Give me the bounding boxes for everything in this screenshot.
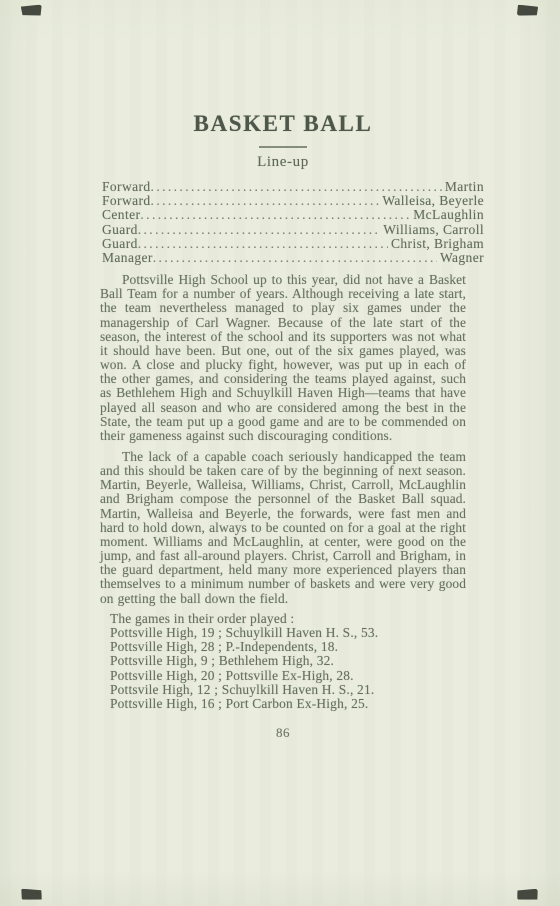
games-results-block: The games in their order played : Pottsv… <box>110 612 466 711</box>
lineup-heading: Line-up <box>100 154 466 171</box>
title-rule <box>259 146 307 148</box>
page-number: 86 <box>100 725 466 741</box>
dot-leader: ........................................… <box>151 180 442 194</box>
player-names: McLaughlin <box>413 208 484 222</box>
game-result: Pottsvile High, 12 ; Schuylkill Haven H.… <box>110 683 466 697</box>
dot-leader: ........................................… <box>153 251 437 265</box>
dot-leader: ........................................… <box>138 237 388 251</box>
lineup-list: Forward ................................… <box>102 180 484 265</box>
page-title: BASKET BALL <box>100 111 466 137</box>
position-label: Guard <box>102 237 138 251</box>
dot-leader: ........................................… <box>151 194 380 208</box>
photo-corner-mark-top-right <box>517 5 538 17</box>
game-result: Pottsville High, 19 ; Schuylkill Haven H… <box>110 626 466 640</box>
position-label: Forward <box>102 194 151 208</box>
games-intro: The games in their order played : <box>110 612 466 626</box>
lineup-row: Manager ................................… <box>102 251 484 265</box>
game-result: Pottsville High, 16 ; Port Carbon Ex-Hig… <box>110 697 466 711</box>
position-label: Manager <box>102 251 153 265</box>
scanned-yearbook-page: BASKET BALL Line-up Forward ............… <box>0 0 560 906</box>
body-paragraph-1: Pottsville High School up to this year, … <box>100 273 466 443</box>
player-names: Williams, Carroll <box>383 223 484 237</box>
position-label: Forward <box>102 180 151 194</box>
player-names: Martin <box>445 180 484 194</box>
dot-leader: ........................................… <box>140 208 410 222</box>
photo-corner-mark-bottom-left <box>21 889 42 901</box>
lineup-row: Center .................................… <box>102 208 484 222</box>
game-result: Pottsville High, 9 ; Bethlehem High, 32. <box>110 654 466 668</box>
player-names: Walleisa, Beyerle <box>382 194 484 208</box>
player-names: Wagner <box>440 251 484 265</box>
lineup-row: Guard ..................................… <box>102 223 484 237</box>
position-label: Center <box>102 208 140 222</box>
photo-corner-mark-top-left <box>21 4 43 16</box>
player-names: Christ, Brigham <box>391 237 484 251</box>
page-content: BASKET BALL Line-up Forward ............… <box>100 0 466 741</box>
lineup-row: Forward ................................… <box>102 194 484 208</box>
game-result: Pottsville High, 28 ; P.-Independents, 1… <box>110 640 466 654</box>
photo-corner-mark-bottom-right <box>517 889 538 901</box>
position-label: Guard <box>102 223 138 237</box>
lineup-row: Forward ................................… <box>102 180 484 194</box>
body-paragraph-2: The lack of a capable coach seriously ha… <box>100 450 466 606</box>
game-result: Pottsville High, 20 ; Pottsville Ex-High… <box>110 669 466 683</box>
dot-leader: ........................................… <box>138 223 381 237</box>
lineup-row: Guard ..................................… <box>102 237 484 251</box>
